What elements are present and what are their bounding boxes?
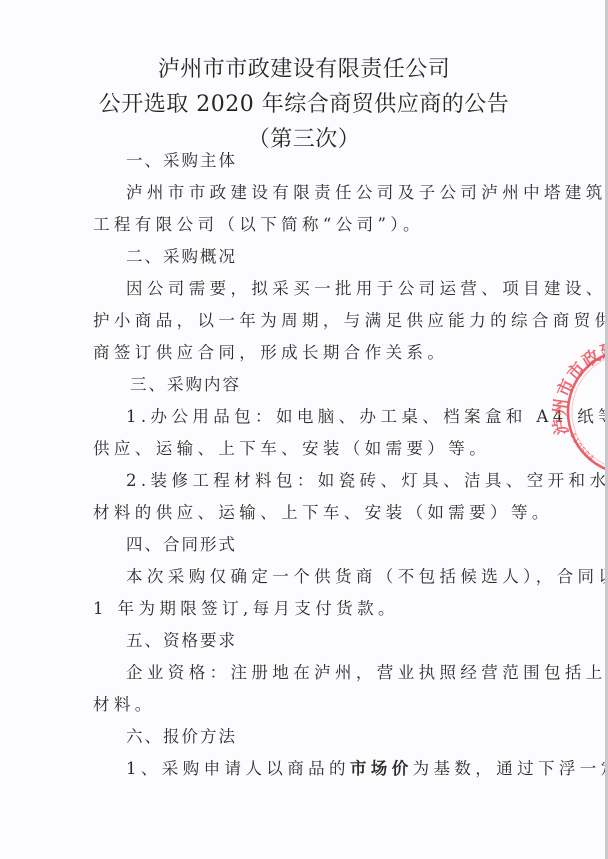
paragraph-line: 泸州市市政建设有限责任公司及子公司泸州中塔建筑 (93, 177, 529, 209)
seal-text: 泸州市市政建 (550, 338, 608, 437)
paragraph-line: 1.办公用品包：如电脑、办工桌、档案盒和 A4 纸等的 (93, 401, 529, 433)
paragraph-line: 企业资格：注册地在泸州，营业执照经营范围包括上述 (93, 657, 529, 689)
title-line-announcement: 公开选取 2020 年综合商贸供应商的公告 (0, 87, 608, 122)
paragraph-line: 因公司需要，拟采买一批用于公司运营、项目建设、维 (93, 273, 529, 305)
paragraph-line: 材料的供应、运输、上下车、安装（如需要）等。 (93, 497, 529, 529)
company-seal-stamp: 泸州市市政建 510504 (548, 346, 608, 476)
paragraph-line: 商签订供应合同，形成长期合作关系。 (93, 337, 529, 369)
paragraph-line: 工程有限公司（以下简称“公司”）。 (93, 209, 529, 241)
paragraph-line: 1 年为期限签订,每月支付货款。 (93, 593, 529, 625)
document-page: 泸州市市政建设有限责任公司 公开选取 2020 年综合商贸供应商的公告 （第三次… (0, 0, 608, 859)
title-line-company: 泸州市市政建设有限责任公司 (0, 52, 608, 87)
section-heading-procurement-overview: 二、采购概况 (93, 241, 529, 273)
paragraph-line: 2.装修工程材料包：如瓷砖、灯具、洁具、空开和水电 (93, 465, 529, 497)
seal-code: 510504 (568, 432, 596, 463)
svg-text:泸州市市政建: 泸州市市政建 (550, 338, 608, 437)
text-run: 1、采购申请人以商品的 (126, 759, 350, 778)
paragraph-line: 1、采购申请人以商品的市场价为基数，通过下浮一定 (93, 753, 529, 785)
section-heading-contract-form: 四、合同形式 (93, 529, 529, 561)
paragraph-line: 护小商品，以一年为周期，与满足供应能力的综合商贸供应 (93, 305, 529, 337)
section-heading-quotation-method: 六、报价方法 (93, 721, 529, 753)
section-heading-procurement-entity: 一、采购主体 (93, 145, 529, 177)
paragraph-line: 材料。 (93, 689, 529, 721)
paragraph-line: 本次采购仅确定一个供货商（不包括候选人），合同以 (93, 561, 529, 593)
text-run: 为基数，通过下浮一定 (413, 759, 608, 778)
section-heading-procurement-content: 三、采购内容 (93, 369, 529, 401)
emphasis-market-price: 市场价 (350, 759, 413, 778)
svg-text:510504: 510504 (568, 432, 596, 463)
section-heading-qualification: 五、资格要求 (93, 625, 529, 657)
paragraph-line: 供应、运输、上下车、安装（如需要）等。 (93, 433, 529, 465)
document-body: 一、采购主体 泸州市市政建设有限责任公司及子公司泸州中塔建筑 工程有限公司（以下… (93, 145, 529, 785)
document-title: 泸州市市政建设有限责任公司 公开选取 2020 年综合商贸供应商的公告 （第三次… (0, 52, 608, 157)
